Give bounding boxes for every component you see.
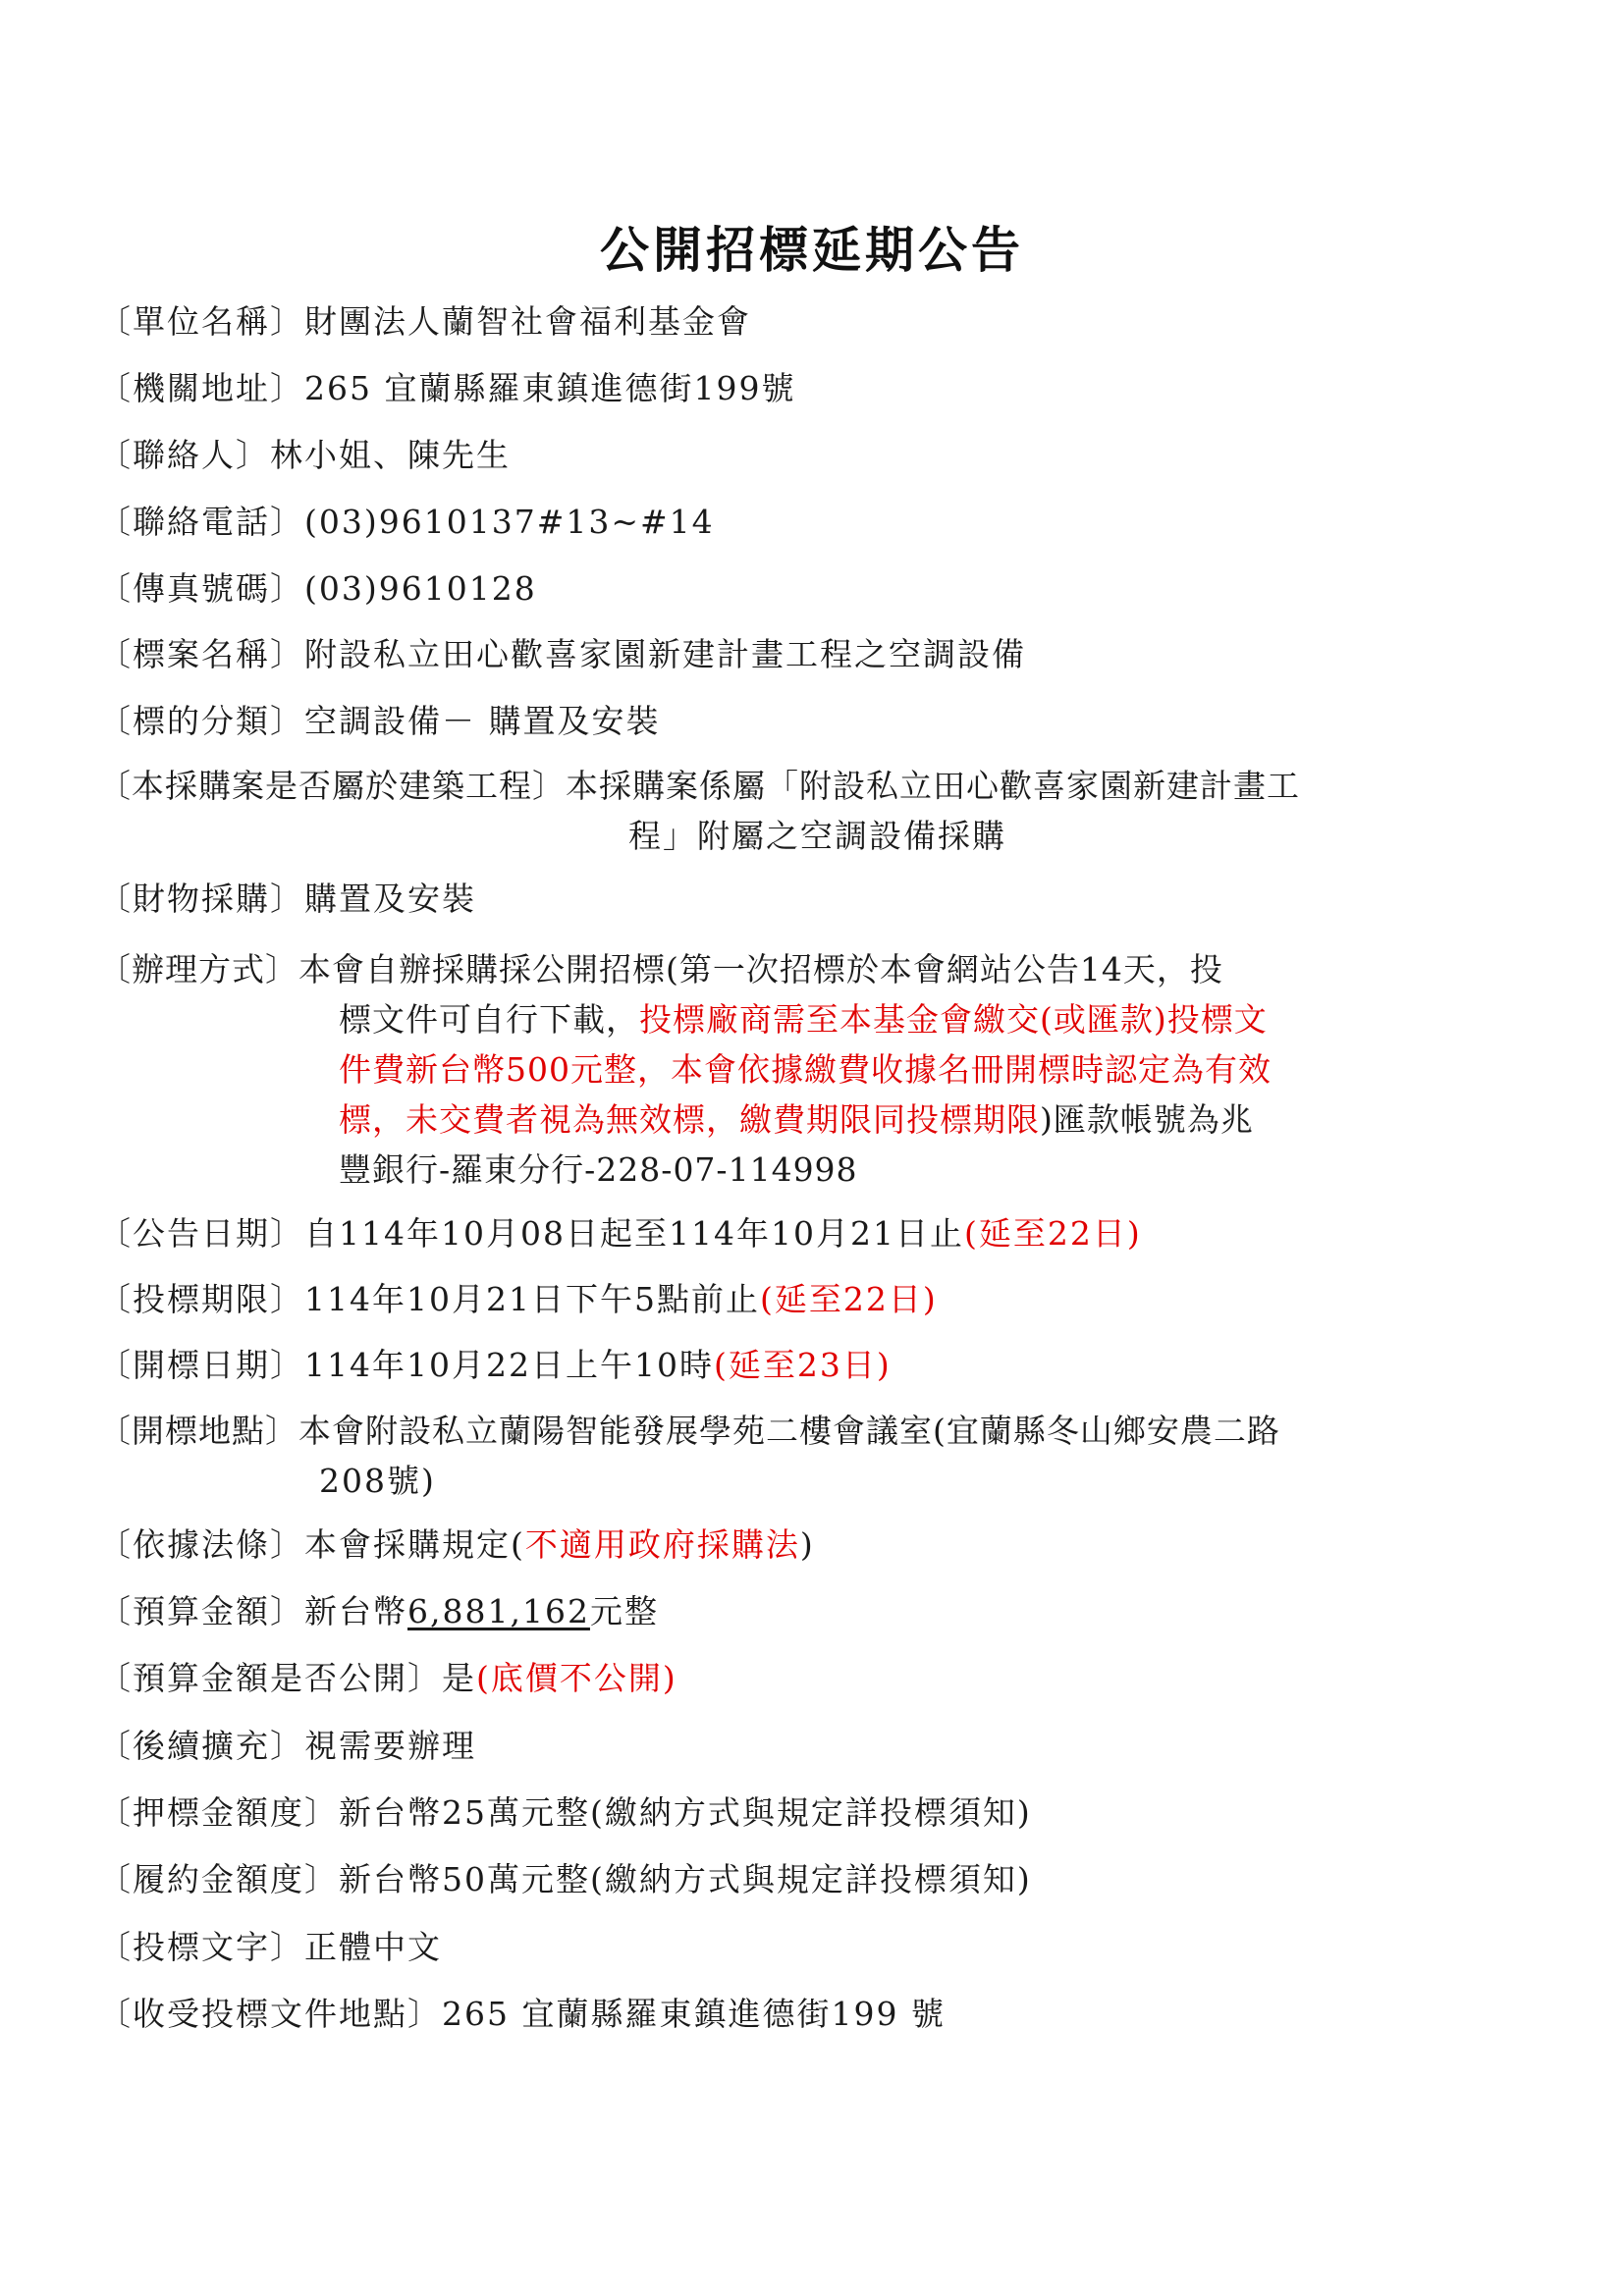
field-fax: 〔傳真號碼〕(03)9610128: [98, 563, 537, 614]
field-value: 265 宜蘭縣羅東鎮進德街199號: [304, 369, 795, 407]
field-value: 視需要辦理: [304, 1727, 476, 1765]
field-performance-bond: 〔履約金額度〕新台幣50萬元整(繳納方式與規定詳投標須知): [98, 1854, 1032, 1904]
field-label: 〔預算金額是否公開〕: [98, 1659, 442, 1697]
field-label: 〔預算金額〕: [98, 1592, 304, 1630]
field-label: 〔聯絡電話〕: [98, 503, 304, 541]
field-value: 附設私立田心歡喜家園新建計畫工程之空調設備: [304, 635, 1026, 673]
field-label: 〔標案名稱〕: [98, 635, 304, 673]
field-value: 自114年10月08日起至114年10月21日止: [304, 1214, 964, 1253]
extension-note: (延至22日): [760, 1280, 938, 1318]
field-label: 〔押標金額度〕: [98, 1793, 339, 1832]
field-value: 財團法人蘭智社會福利基金會: [304, 302, 751, 341]
field-value: 本會採購規定(: [304, 1525, 525, 1564]
field-label: 〔機關地址〕: [98, 369, 304, 407]
field-value: 114年10月22日上午10時: [304, 1346, 714, 1384]
field-address: 〔機關地址〕265 宜蘭縣羅東鎮進德街199號: [98, 363, 795, 413]
field-label: 〔本採購案是否屬於建築工程〕: [98, 767, 566, 805]
extension-note: (延至23日): [714, 1346, 892, 1384]
field-budget: 〔預算金額〕新台幣6,881,162元整: [98, 1586, 659, 1636]
field-unit-name: 〔單位名稱〕財團法人蘭智社會福利基金會: [98, 296, 751, 347]
field-bid-deadline: 〔投標期限〕114年10月21日下午5點前止(延至22日): [98, 1274, 938, 1324]
field-label: 〔收受投標文件地點〕: [98, 1995, 442, 2033]
field-label: 〔開標日期〕: [98, 1346, 304, 1384]
field-value: 購置及安裝: [304, 880, 476, 918]
field-method-line4: 標，未交費者視為無效標，繳費期限同投標期限)匯款帳號為兆: [339, 1095, 1254, 1145]
field-label: 〔單位名稱〕: [98, 302, 304, 341]
field-method-line5: 豐銀行-羅東分行-228-07-114998: [339, 1145, 858, 1195]
field-contact: 〔聯絡人〕林小姐、陳先生: [98, 430, 511, 480]
field-property-purchase: 〔財物採購〕購置及安裝: [98, 874, 476, 924]
field-bid-bond: 〔押標金額度〕新台幣25萬元整(繳納方式與規定詳投標須知): [98, 1788, 1032, 1838]
extension-note: (延至22日): [964, 1214, 1142, 1253]
legal-note: 不適用政府採購法: [525, 1525, 800, 1564]
field-value: 是: [442, 1659, 476, 1697]
field-opening-date: 〔開標日期〕114年10月22日上午10時(延至23日): [98, 1340, 892, 1390]
field-is-construction: 〔本採購案是否屬於建築工程〕本採購案係屬「附設私立田心歡喜家園新建計畫工: [98, 761, 1300, 811]
field-opening-place: 〔開標地點〕本會附設私立蘭陽智能發展學苑二樓會議室(宜蘭縣冬山鄉安農二路: [98, 1406, 1280, 1456]
field-category: 〔標的分類〕空調設備－ 購置及安裝: [98, 696, 661, 746]
field-legal-basis: 〔依據法條〕本會採購規定(不適用政府採購法): [98, 1520, 815, 1570]
field-value: 本採購案係屬「附設私立田心歡喜家園新建計畫工: [566, 767, 1300, 805]
field-method: 〔辦理方式〕本會自辦採購採公開招標(第一次招標於本會網站公告14天，投: [98, 944, 1223, 994]
field-label: 〔公告日期〕: [98, 1214, 304, 1253]
field-label: 〔後續擴充〕: [98, 1727, 304, 1765]
field-label: 〔投標文字〕: [98, 1928, 304, 1966]
field-value: 本會附設私立蘭陽智能發展學苑二樓會議室(宜蘭縣冬山鄉安農二路: [298, 1412, 1280, 1450]
reserve-price-note: (底價不公開): [476, 1659, 677, 1697]
field-method-line2: 標文件可自行下載，投標廠商需至本基金會繳交(或匯款)投標文: [339, 994, 1268, 1044]
field-receipt-place: 〔收受投標文件地點〕265 宜蘭縣羅東鎮進德街199 號: [98, 1989, 946, 2039]
field-case-name: 〔標案名稱〕附設私立田心歡喜家園新建計畫工程之空調設備: [98, 629, 1026, 679]
field-bid-language: 〔投標文字〕正體中文: [98, 1922, 442, 1972]
field-phone: 〔聯絡電話〕(03)9610137#13~#14: [98, 497, 715, 547]
field-value: 新台幣25萬元整(繳納方式與規定詳投標須知): [339, 1793, 1032, 1832]
field-method-line3: 件費新台幣500元整，本會依據繳費收據名冊開標時認定為有效: [339, 1044, 1272, 1095]
field-label: 〔傳真號碼〕: [98, 569, 304, 608]
field-value: 265 宜蘭縣羅東鎮進德街199 號: [442, 1995, 946, 2033]
field-label: 〔辦理方式〕: [98, 950, 298, 988]
fee-notice: 投標廠商需至本基金會繳交(或匯款)投標文: [639, 1000, 1268, 1039]
field-expansion: 〔後續擴充〕視需要辦理: [98, 1721, 476, 1771]
budget-amount: 6,881,162: [407, 1592, 590, 1630]
field-value: 林小姐、陳先生: [270, 436, 511, 474]
field-announce-date: 〔公告日期〕自114年10月08日起至114年10月21日止(延至22日): [98, 1208, 1142, 1258]
field-value: (03)9610137#13~#14: [304, 503, 715, 541]
field-value: (03)9610128: [304, 569, 537, 608]
field-is-construction-cont: 程」附屬之空調設備採購: [628, 811, 1006, 861]
field-label: 〔依據法條〕: [98, 1525, 304, 1564]
field-label: 〔標的分類〕: [98, 702, 304, 740]
field-label: 〔履約金額度〕: [98, 1860, 339, 1898]
field-label: 〔投標期限〕: [98, 1280, 304, 1318]
field-opening-place-cont: 208號): [319, 1456, 436, 1506]
page-title: 公開招標延期公告: [0, 211, 1624, 282]
field-value: 正體中文: [304, 1928, 442, 1966]
field-value: 本會自辦採購採公開招標(第一次招標於本會網站公告14天，投: [298, 950, 1223, 988]
field-label: 〔開標地點〕: [98, 1412, 298, 1450]
field-budget-public: 〔預算金額是否公開〕是(底價不公開): [98, 1653, 677, 1703]
field-label: 〔財物採購〕: [98, 880, 304, 918]
field-label: 〔聯絡人〕: [98, 436, 270, 474]
field-value: 114年10月21日下午5點前止: [304, 1280, 760, 1318]
field-value: 空調設備－ 購置及安裝: [304, 702, 661, 740]
field-value: 新台幣50萬元整(繳納方式與規定詳投標須知): [339, 1860, 1032, 1898]
